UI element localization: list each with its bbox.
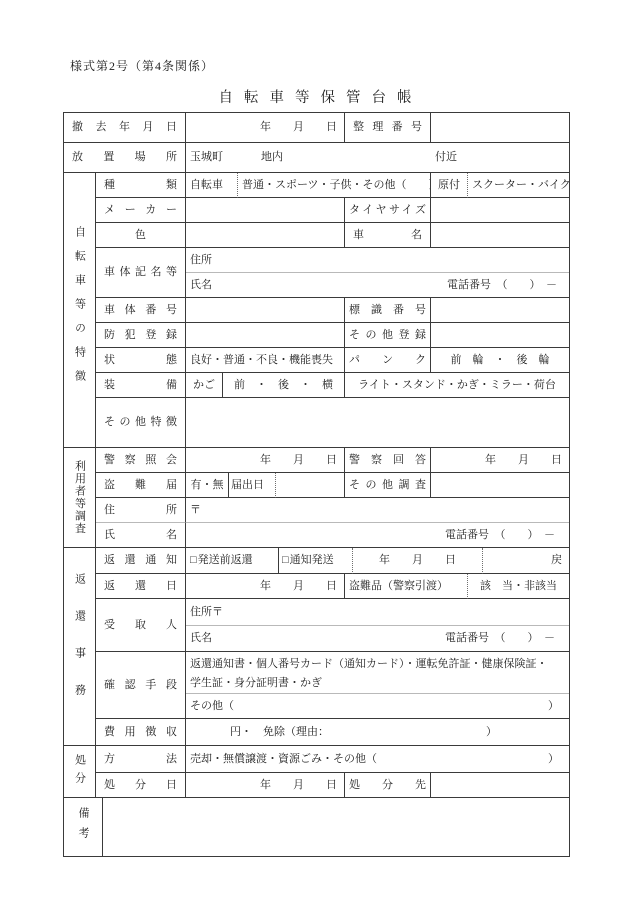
model-name-label: 車名 [345, 223, 431, 248]
body-inscription-label: 車体記名等 [96, 248, 186, 298]
form-page: 様式第2号（第4条関係） 自転車等保管台帳 撤去年月日 年 月 日 整理番号 放… [0, 0, 630, 915]
basket-label: かご [186, 373, 223, 398]
theft-report-label: 盗難届 [96, 473, 186, 498]
removal-date-label: 撤去年月日 [64, 113, 186, 143]
verification-other: その他（ ） [186, 694, 569, 719]
stolen-goods-label: 盗難品（警察引渡） [345, 574, 468, 599]
verification-label: 確認手段 [96, 652, 186, 719]
other-survey-field [431, 473, 569, 498]
recipient-name: 氏名 電話番号 （ ） － [186, 626, 569, 652]
theft-filed-label: 届出日 [229, 473, 276, 498]
theft-report-options: 有・無 [186, 473, 229, 498]
verification-options: 返還通知書・個人番号カード（通知カード）・運転免許証・健康保険証・ 学生証・身分… [186, 652, 569, 694]
register-table: 撤去年月日 年 月 日 整理番号 放置場所 玉城町 地内 付近 自転車等の特徴 … [63, 112, 570, 857]
notice-returned-field: 戻 [483, 548, 569, 574]
security-reg-field [186, 323, 345, 348]
police-inquiry-date: 年 月 日 [186, 448, 345, 473]
user-address-label: 住所 [96, 498, 186, 523]
disposal-date-field: 年 月 日 [186, 773, 345, 798]
removal-date-field: 年 月 日 [186, 113, 345, 143]
location-field: 玉城町 地内 付近 [186, 143, 569, 173]
group-disposal: 処分 [64, 746, 96, 798]
recipient-address: 住所〒 [186, 599, 569, 626]
condition-label: 状態 [96, 348, 186, 373]
return-notice-label: 返還通知 [96, 548, 186, 574]
other-reg-field [431, 323, 569, 348]
return-date-label: 返還日 [96, 574, 186, 599]
group-return-process: 返還事務 [64, 548, 96, 746]
theft-filed-field [276, 473, 345, 498]
fee-field: 円・ 免除（理由： ） [186, 719, 569, 746]
color-label: 色 [96, 223, 186, 248]
body-inscription-address: 住所 [186, 248, 569, 273]
location-vicinity-suffix: 付近 [435, 151, 457, 163]
body-inscription-phone: 電話番号 （ ） － [447, 279, 557, 291]
flat-tire-options: 前 輪 ・ 後 輪 [431, 348, 569, 373]
group-user-survey: 利用者等調査 [64, 448, 96, 548]
user-name-field: 電話番号 （ ） － [186, 523, 569, 548]
flat-tire-label: パンク [345, 348, 431, 373]
police-reply-label: 警察回答 [345, 448, 431, 473]
condition-options: 良好・普通・不良・機能喪失 [186, 348, 345, 373]
recipient-phone: 電話番号 （ ） － [445, 632, 555, 644]
kind-label: 種類 [96, 173, 186, 198]
model-name-field [431, 223, 569, 248]
police-reply-date: 年 月 日 [431, 448, 569, 473]
checkbox-icon: □ [282, 554, 289, 566]
maker-label: メーカー [96, 198, 186, 223]
location-area-suffix: 地内 [261, 151, 283, 163]
page-title: 自転車等保管台帳 [0, 86, 630, 107]
tire-size-field [431, 198, 569, 223]
user-phone: 電話番号 （ ） － [445, 529, 555, 541]
body-number-label: 車体番号 [96, 298, 186, 323]
police-inquiry-label: 警察照会 [96, 448, 186, 473]
body-inscription-name: 氏名 電話番号 （ ） － [186, 273, 569, 298]
remarks-label: 備考 [64, 798, 103, 856]
fee-label: 費用徴収 [96, 719, 186, 746]
notice-sent-option: □ 通知発送 [279, 548, 353, 574]
maker-field [186, 198, 345, 223]
kind-bicycle: 自転車 [186, 173, 238, 198]
disposal-destination-label: 処分先 [345, 773, 431, 798]
other-features-label: その他特徴 [96, 398, 186, 448]
form-number: 様式第2号（第4条関係） [70, 57, 214, 74]
group-bicycle-features: 自転車等の特徴 [64, 173, 96, 448]
color-field [186, 223, 345, 248]
disposal-destination-field [431, 773, 569, 798]
disposal-date-label: 処分日 [96, 773, 186, 798]
plate-number-label: 標識番号 [345, 298, 431, 323]
disposal-method-label: 方法 [96, 746, 186, 773]
basket-options: 前 ・ 後 ・ 横 [223, 373, 345, 398]
other-survey-label: その他調査 [345, 473, 431, 498]
tire-size-label: タイヤサイズ [345, 198, 431, 223]
other-reg-label: その他登録 [345, 323, 431, 348]
checkbox-icon: □ [190, 554, 197, 566]
return-date-field: 年 月 日 [186, 574, 345, 599]
serial-number-field [431, 113, 569, 143]
user-address-field: 〒 [186, 498, 569, 523]
stolen-goods-options: 該 当・非該当 [468, 574, 569, 599]
body-number-field [186, 298, 345, 323]
equipment-options: ライト・スタンド・かぎ・ミラー・荷台 [345, 373, 569, 398]
notice-date-field: 年 月 日 [353, 548, 483, 574]
disposal-method-options: 売却・無償譲渡・資源ごみ・その他（ ） [186, 746, 569, 773]
kind-moped: 原付 [431, 173, 468, 198]
location-town: 玉城町 [190, 151, 223, 163]
return-before-send-option: □ 発送前返還 [186, 548, 279, 574]
equipment-label: 装備 [96, 373, 186, 398]
user-name-label: 氏名 [96, 523, 186, 548]
location-label: 放置場所 [64, 143, 186, 173]
remarks-field [103, 798, 569, 856]
serial-number-label: 整理番号 [345, 113, 431, 143]
recipient-label: 受取人 [96, 599, 186, 652]
plate-number-field [431, 298, 569, 323]
other-features-field [186, 398, 569, 448]
kind-moped-options: スクーター・バイク [468, 173, 569, 198]
security-reg-label: 防犯登録 [96, 323, 186, 348]
kind-bicycle-options: 普通・スポーツ・子供・その他（ ） [238, 173, 431, 198]
